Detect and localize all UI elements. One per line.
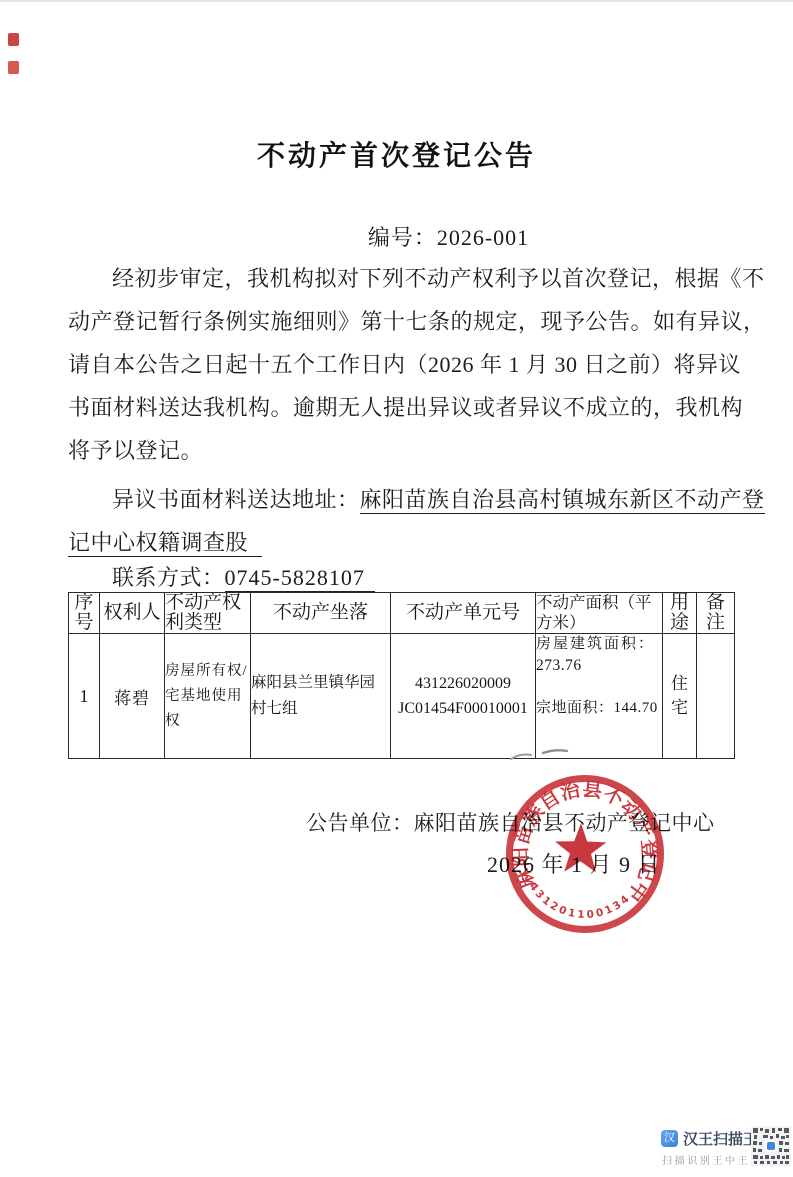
header-holder: 权利人	[100, 593, 165, 634]
address-line: 异议书面材料送达地址：麻阳苗族自治县高村镇城东新区不动产登	[68, 478, 733, 521]
seal-group: 麻阳苗族自治县不动产登记中心 43120110013461	[498, 768, 672, 941]
body-line: 书面材料送达我机构。逾期无人提出异议或者异议不成立的，我机构	[68, 386, 733, 429]
registration-table: 序号 权利人 不动产权利类型 不动产坐落 不动产单元号 不动产面积（平方米） 用…	[68, 592, 735, 759]
header-right-type: 不动产权利类型	[165, 593, 251, 634]
table-header-row: 序号 权利人 不动产权利类型 不动产坐落 不动产单元号 不动产面积（平方米） 用…	[69, 593, 735, 634]
qr-code-icon	[751, 1126, 791, 1166]
header-seq: 序号	[69, 593, 100, 634]
header-location: 不动产坐落	[251, 593, 391, 634]
area-parcel-line: 宗地面积：144.70	[536, 698, 662, 719]
cell-remark	[697, 634, 735, 759]
contact-phone: 0745-5828107	[225, 565, 375, 592]
area-building-label: 房屋建筑面积：	[536, 634, 662, 655]
unit-no-line2: JC01454F00010001	[391, 696, 535, 721]
official-seal: 麻阳苗族自治县不动产登记中心 43120110013461	[475, 744, 695, 964]
header-area: 不动产面积（平方米）	[536, 593, 663, 634]
header-usage: 用途	[663, 593, 697, 634]
address-value-part2: 记中心权籍调查股	[68, 530, 262, 557]
seal-star-icon	[554, 823, 606, 873]
body-paragraph: 经初步审定，我机构拟对下列不动产权利予以首次登记，根据《不 动产登记暂行条例实施…	[68, 257, 733, 472]
hanwang-logo-icon: 汉	[661, 1130, 678, 1147]
table-row: 1 蒋碧 房屋所有权/宅基地使用权 麻阳县兰里镇华园村七组 4312260200…	[69, 634, 735, 759]
cell-right-type: 房屋所有权/宅基地使用权	[165, 634, 251, 759]
scan-edge-line	[0, 0, 793, 2]
svg-text:麻阳苗族自治县不动产登记中心: 麻阳苗族自治县不动产登记中心	[503, 768, 673, 913]
area-building-value: 273.76	[536, 655, 662, 676]
unit-no-line1: 431226020009	[391, 671, 535, 696]
body-line: 动产登记暂行条例实施细则》第十七条的规定，现予公告。如有异议，	[68, 300, 733, 343]
cell-area: 房屋建筑面积： 273.76 宗地面积：144.70	[536, 634, 663, 759]
address-paragraph: 异议书面材料送达地址：麻阳苗族自治县高村镇城东新区不动产登 记中心权籍调查股	[68, 478, 733, 564]
address-label: 异议书面材料送达地址：	[112, 487, 360, 512]
header-remark: 备注	[697, 593, 735, 634]
watermark-title: 汉王扫描王	[683, 1128, 758, 1149]
cell-seq: 1	[69, 634, 100, 759]
page-title: 不动产首次登记公告	[0, 134, 793, 174]
scanner-watermark: 汉 汉王扫描王 扫描识别王中王	[655, 1128, 793, 1172]
body-line: 经初步审定，我机构拟对下列不动产权利予以首次登记，根据《不	[68, 257, 733, 300]
address-value-part1: 麻阳苗族自治县高村镇城东新区不动产登	[360, 487, 765, 514]
cell-usage: 住宅	[663, 634, 697, 759]
cell-location: 麻阳县兰里镇华园村七组	[251, 634, 391, 759]
cell-holder: 蒋碧	[100, 634, 165, 759]
seal-org-text: 麻阳苗族自治县不动产登记中心	[503, 768, 673, 913]
cell-unit-no: 431226020009 JC01454F00010001	[391, 634, 536, 759]
red-scan-artifact-icon	[8, 61, 19, 74]
red-scan-artifact-icon	[8, 33, 19, 46]
body-line: 将予以登记。	[68, 429, 733, 472]
scanned-notice-page: 不动产首次登记公告 编号：2026-001 经初步审定，我机构拟对下列不动产权利…	[0, 0, 793, 1177]
header-unit-no: 不动产单元号	[391, 593, 536, 634]
body-line: 请自本公告之日起十五个工作日内（2026 年 1 月 30 日之前）将异议	[68, 343, 733, 386]
doc-number: 编号：2026-001	[52, 221, 793, 252]
